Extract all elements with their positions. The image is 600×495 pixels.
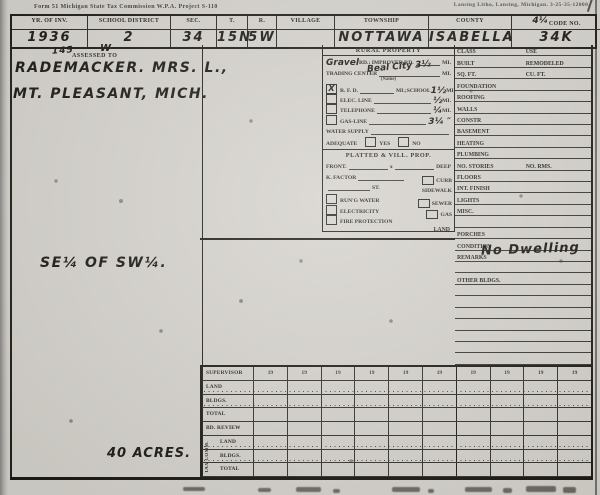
- street-label: ST.: [372, 185, 380, 191]
- value-cell: [456, 381, 491, 394]
- telephone-checkbox: [326, 104, 337, 114]
- value-cell: [524, 395, 558, 408]
- value-cell: [254, 395, 288, 408]
- value-cell: [423, 450, 457, 463]
- header-label-text: YR. OF INV.: [31, 18, 67, 24]
- building-label: FOUNDATION: [457, 84, 496, 90]
- year-column-header: 19: [288, 367, 322, 380]
- value-cell: [456, 422, 491, 435]
- value-cell: [491, 436, 525, 449]
- building-label: BUILT: [457, 61, 475, 67]
- telephone-row: TELEPHONE ¼ MI.: [323, 104, 454, 114]
- value-cell: [423, 463, 457, 476]
- header-label-text: SCHOOL DISTRICT: [99, 18, 159, 24]
- value-cell: [456, 408, 491, 421]
- header-label-text: SEC.: [186, 18, 200, 24]
- supervisor-header: SUPERVISOR: [202, 367, 254, 380]
- printer-imprint: Lansing Litho, Lansing, Michigan. 3-25-3…: [454, 2, 590, 8]
- header-label: T.: [217, 16, 247, 30]
- building-row-built: BUILTREMODELED: [455, 56, 591, 67]
- value-cell: [558, 450, 591, 463]
- value-cell: [558, 395, 591, 408]
- value-cell: [524, 436, 558, 449]
- building-label: CU. FT.: [526, 72, 546, 78]
- value-cell: [389, 422, 423, 435]
- building-row-floors: FLOORS: [455, 171, 591, 182]
- value-cell: [558, 422, 591, 435]
- building-row-constr: CONSTR: [455, 114, 591, 125]
- value-cell: [322, 436, 356, 449]
- building-row-no-stories: NO. STORIESNO. RMS.: [455, 159, 591, 170]
- value-cell: [389, 436, 423, 449]
- header-value-r: 5W: [248, 30, 276, 47]
- trading-center-row: TRADING CENTER MI. Beal City 3½: [323, 66, 454, 76]
- electricity-checkbox: [326, 205, 337, 215]
- value-cell: [491, 463, 525, 476]
- scan-artifact: [503, 488, 512, 493]
- header-column-yr-of-inv: YR. OF INV.1936: [12, 16, 88, 47]
- building-label: CONSTR: [457, 118, 481, 124]
- blank-line: [377, 106, 431, 114]
- header-label-text: R.: [259, 18, 265, 24]
- rfd-row: X R. F. D. MI.; SCHOOL 1½ MI.: [323, 84, 454, 94]
- running-water-row: RUN'G WATER: [323, 194, 409, 204]
- building-label: REMODELED: [526, 61, 564, 67]
- handwritten-number: 145: [52, 45, 74, 56]
- sewer-checkbox: [418, 199, 430, 208]
- value-cell: [322, 450, 356, 463]
- value-cell: [288, 436, 322, 449]
- no-label: NO: [412, 141, 420, 147]
- fire-protection-checkbox: [326, 215, 337, 225]
- scan-artifact: [333, 489, 340, 493]
- header-column-township: TOWNSHIPNOTTAWA: [335, 16, 429, 47]
- elec-checkbox: [326, 94, 337, 104]
- scan-artifact: [465, 487, 492, 492]
- building-label: INT. FINISH: [457, 186, 490, 192]
- header-column-village: VILLAGE: [277, 16, 335, 47]
- year-column-header: 19: [254, 367, 288, 380]
- tax-comm-row-land: LAND: [202, 436, 591, 450]
- header-column-sec: SEC.34: [171, 16, 217, 47]
- blank-line: [395, 162, 434, 170]
- building-label: PLUMBING: [457, 152, 489, 158]
- scan-edge-shadow: [0, 0, 8, 495]
- building-label: BASEMENT: [457, 129, 490, 135]
- gas-line-row: GAS-LINE 3¼ ″: [323, 114, 454, 124]
- value-cell: [456, 463, 491, 476]
- tax-assessment-card: Form 51 Michigan State Tax Commission W.…: [0, 0, 600, 495]
- value-cell: [254, 463, 288, 476]
- value-cell: [355, 395, 389, 408]
- notes-empty-box: [200, 238, 455, 367]
- header-label: R.: [248, 16, 276, 30]
- assessed-to-section: 145 W ASSESSED TO RADEMACKER. MRS. L., M…: [10, 45, 203, 477]
- value-cell: [491, 450, 525, 463]
- electricity-row: ELECTRICITY: [323, 204, 409, 214]
- blank-line: [371, 127, 449, 135]
- blank-line: [360, 86, 394, 94]
- scan-artifact: [392, 487, 420, 492]
- curb-checkbox: [422, 176, 434, 185]
- building-label: NO. STORIES: [457, 164, 494, 170]
- header-column-code-no: 4¼CODE NO.34K: [512, 16, 600, 47]
- year-column-header: 19: [558, 367, 591, 380]
- value-cell: [423, 408, 457, 421]
- row-label: TOTAL: [202, 408, 254, 421]
- building-label: PORCHES: [457, 232, 485, 238]
- gas-utility-checkbox: [426, 210, 438, 219]
- value-cell: [355, 436, 389, 449]
- year-column-header: 19: [423, 367, 457, 380]
- front-row: FRONT. x DEEP: [323, 160, 454, 170]
- assessment-row-bldgs: BLDGS.: [202, 395, 591, 409]
- assessed-to-label: ASSESSED TO: [72, 53, 117, 59]
- year-column-header: 19: [491, 367, 525, 380]
- row-label: LAND: [202, 381, 254, 394]
- year-column-header: 19: [389, 367, 423, 380]
- header-label-text: T.: [229, 18, 235, 24]
- row-label: BLDGS.: [202, 395, 254, 408]
- building-row-blank: [455, 308, 591, 319]
- rural-property-title: RURAL PROPERTY: [323, 45, 454, 56]
- building-row-foundation: FOUNDATION: [455, 79, 591, 90]
- year-column-header: 19: [322, 367, 356, 380]
- value-cell: [524, 463, 558, 476]
- header-table: YR. OF INV.1936SCHOOL DISTRICT2SEC.34T.1…: [10, 14, 597, 49]
- row-label: BD. REVIEW: [202, 422, 254, 435]
- value-cell: [288, 395, 322, 408]
- code-no-handwritten-prefix: 4¼: [532, 16, 548, 26]
- value-cell: [254, 422, 288, 435]
- header-column-t: T.15N: [217, 16, 248, 47]
- header-column-r: R.5W: [248, 16, 277, 47]
- elec-line-row: ELEC. LINE ½ MI.: [323, 94, 454, 104]
- header-label-text: TOWNSHIP: [364, 18, 399, 24]
- sewer-item: SEWER: [418, 199, 452, 208]
- assessment-header-row: SUPERVISOR19191919191919191919: [202, 367, 591, 381]
- mi-label: MI.: [442, 71, 451, 77]
- building-row-other-bldgs: OTHER BLDGS.: [455, 273, 591, 284]
- value-cell: [389, 408, 423, 421]
- value-cell: [524, 450, 558, 463]
- building-row-sq-ft: SQ. FT.CU. FT.: [455, 68, 591, 79]
- tax-comm-label: TAX COMM.: [205, 436, 216, 477]
- header-label-text: CODE NO.: [549, 21, 581, 27]
- value-cell: [288, 381, 322, 394]
- value-cell: [389, 381, 423, 394]
- building-label: MISC.: [457, 209, 474, 215]
- value-cell: [355, 422, 389, 435]
- building-label: LIGHTS: [457, 198, 479, 204]
- blank-line: [369, 117, 426, 125]
- building-row-blank: [455, 296, 591, 307]
- scan-artifact: [526, 486, 556, 492]
- running-water-checkbox: [326, 194, 337, 204]
- building-row-blank: [455, 262, 591, 273]
- assessment-row-land: LAND: [202, 381, 591, 395]
- fire-protection-label: FIRE PROTECTION: [340, 219, 392, 225]
- header-column-county: COUNTYISABELLA: [429, 16, 512, 47]
- header-value-t: 15N: [217, 30, 247, 47]
- owner-name: RADEMACKER. MRS. L.,: [15, 60, 229, 76]
- header-label: YR. OF INV.: [12, 16, 87, 30]
- building-row-blank: [455, 353, 591, 364]
- building-row-blank: [455, 319, 591, 330]
- value-cell: [389, 395, 423, 408]
- value-cell: [491, 395, 525, 408]
- adequate-no-checkbox: [398, 137, 409, 147]
- scan-artifact: [183, 487, 205, 491]
- form-identifier: Form 51 Michigan State Tax Commission W.…: [34, 4, 218, 10]
- value-cell: [288, 450, 322, 463]
- building-label: CLASS: [457, 49, 476, 55]
- building-row-walls: WALLS: [455, 102, 591, 113]
- scan-noise: [0, 0, 2, 2]
- value-cell: [288, 422, 322, 435]
- value-cell: [491, 381, 525, 394]
- value-cell: [524, 381, 558, 394]
- checkbox-x-mark: X: [327, 85, 336, 92]
- name-caption: (Name): [323, 77, 454, 84]
- value-cell: [355, 381, 389, 394]
- header-label: VILLAGE: [277, 16, 334, 30]
- value-cell: [524, 422, 558, 435]
- legal-description: SE¼ OF SW¼.: [40, 255, 167, 271]
- bottom-border-rule: [10, 477, 593, 480]
- year-column-header: 19: [524, 367, 558, 380]
- yes-label: YES: [379, 141, 390, 147]
- value-cell: [322, 463, 356, 476]
- blank-line: [328, 183, 370, 191]
- blank-line: [349, 162, 388, 170]
- curb-item: CURB: [422, 176, 452, 185]
- building-row-blank: [455, 216, 591, 227]
- year-column-header: 19: [355, 367, 389, 380]
- assessment-row-total: TOTAL: [202, 408, 591, 422]
- value-cell: [423, 422, 457, 435]
- building-label: SQ. FT.: [457, 72, 476, 78]
- value-cell: [456, 395, 491, 408]
- gas-label: GAS: [440, 212, 452, 218]
- value-cell: [322, 381, 356, 394]
- header-label-text: VILLAGE: [291, 18, 321, 24]
- blank-line: [374, 96, 431, 104]
- value-cell: [491, 422, 525, 435]
- value-cell: [322, 422, 356, 435]
- building-label: WALLS: [457, 107, 477, 113]
- value-cell: [355, 450, 389, 463]
- assessment-row-bd-review: BD. REVIEW: [202, 422, 591, 436]
- assessment-table: SUPERVISOR19191919191919191919LANDBLDGS.…: [200, 365, 593, 477]
- value-cell: [389, 450, 423, 463]
- building-row-basement: BASEMENT: [455, 125, 591, 136]
- value-cell: [254, 436, 288, 449]
- rural-property-section: RURAL PROPERTY Gravel RD.; IMPROVED RD. …: [322, 45, 455, 232]
- building-details-section: CLASSUSEBUILTREMODELEDSQ. FT.CU. FT.FOUN…: [455, 45, 593, 365]
- value-cell: [322, 408, 356, 421]
- building-label: ROOFING: [457, 95, 485, 101]
- value-cell: [288, 408, 322, 421]
- building-row-misc: MISC.: [455, 205, 591, 216]
- blank-line: [358, 173, 403, 181]
- adequate-label: ADEQUATE: [326, 141, 357, 147]
- sewer-label: SEWER: [432, 201, 452, 207]
- value-cell: [558, 381, 591, 394]
- scan-artifact: [428, 489, 434, 493]
- fire-protection-row: FIRE PROTECTION: [323, 215, 419, 225]
- building-row-heating: HEATING: [455, 136, 591, 147]
- building-row-class: CLASSUSE: [455, 45, 591, 56]
- building-row-int-finish: INT. FINISH: [455, 182, 591, 193]
- scan-artifact: [563, 487, 576, 493]
- header-label: COUNTY: [429, 16, 511, 30]
- value-cell: [389, 463, 423, 476]
- owner-address: MT. PLEASANT, MICH.: [13, 86, 209, 102]
- building-label: HEATING: [457, 141, 484, 147]
- page-edge-line: [595, 0, 597, 495]
- adequate-row: ADEQUATE YES NO: [323, 135, 454, 147]
- value-cell: [558, 408, 591, 421]
- value-cell: [558, 436, 591, 449]
- platted-title: PLATTED & VILL. PROP.: [323, 150, 454, 160]
- building-row-roofing: ROOFING: [455, 91, 591, 102]
- scan-artifact: [296, 487, 321, 492]
- value-cell: [456, 436, 491, 449]
- header-label: SCHOOL DISTRICT: [88, 16, 170, 30]
- value-cell: [491, 408, 525, 421]
- value-cell: [254, 381, 288, 394]
- value-cell: [288, 463, 322, 476]
- tax-comm-row-bldgs: BLDGS.: [202, 450, 591, 464]
- rfd-checkbox: X: [326, 84, 337, 94]
- building-label: USE: [526, 49, 537, 55]
- value-cell: [355, 408, 389, 421]
- curb-label: CURB: [436, 178, 452, 184]
- platted-vill-prop-section: PLATTED & VILL. PROP. FRONT. x DEEP K. F…: [323, 149, 454, 234]
- scan-artifact: [258, 488, 271, 492]
- adequate-yes-checkbox: [365, 137, 376, 147]
- value-cell: [558, 463, 591, 476]
- building-row-blank: [455, 331, 591, 342]
- building-row-lights: LIGHTS: [455, 193, 591, 204]
- water-supply-row: WATER SUPPLY: [323, 125, 454, 135]
- value-cell: [423, 381, 457, 394]
- building-row-plumbing: PLUMBING: [455, 148, 591, 159]
- acreage: 40 ACRES.: [107, 446, 191, 461]
- gas-checkbox: [326, 115, 337, 125]
- value-cell: [355, 463, 389, 476]
- value-cell: [423, 395, 457, 408]
- value-cell: [254, 408, 288, 421]
- header-label: 4¼CODE NO.: [512, 16, 600, 30]
- header-label: SEC.: [171, 16, 216, 30]
- value-cell: [254, 450, 288, 463]
- building-label: FLOORS: [457, 175, 481, 181]
- building-row-blank: [455, 342, 591, 353]
- year-column-header: 19: [456, 367, 491, 380]
- tax-comm-row-total: TOTAL: [202, 463, 591, 477]
- value-cell: [456, 450, 491, 463]
- value-cell: [322, 395, 356, 408]
- value-cell: [524, 408, 558, 421]
- building-row-porches: PORCHES: [455, 228, 591, 239]
- header-label-text: COUNTY: [456, 18, 484, 24]
- sidewalk-label: SIDEWALK: [422, 188, 452, 194]
- building-label: OTHER BLDGS.: [457, 278, 501, 284]
- gas-item: GAS: [426, 210, 452, 219]
- value-cell: [423, 436, 457, 449]
- header-label: TOWNSHIP: [335, 16, 428, 30]
- land-label: LAND: [434, 227, 450, 233]
- building-label: NO. RMS.: [526, 164, 552, 170]
- building-row-blank: [455, 285, 591, 296]
